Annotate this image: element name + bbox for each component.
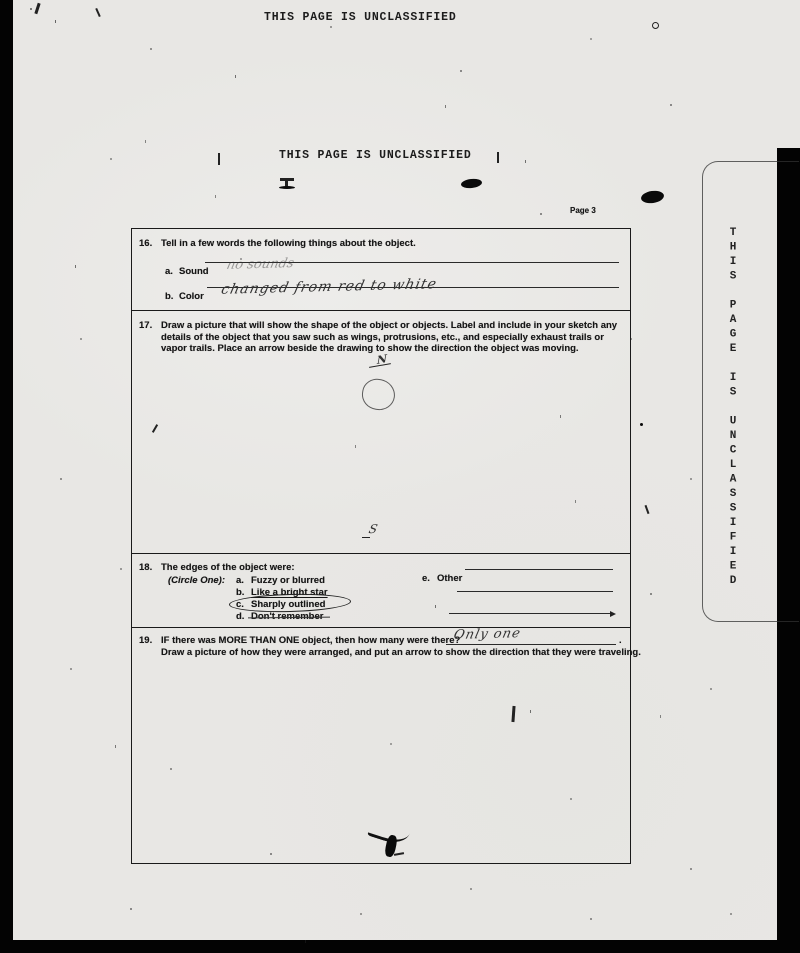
q18-text: The edges of the object were: xyxy=(161,562,295,573)
ink-mark xyxy=(279,186,295,189)
noise-specks xyxy=(30,8,32,10)
q18-option-e[interactable]: Other xyxy=(437,573,462,584)
q19-text-line1: IF there was MORE THAN ONE object, then … xyxy=(161,635,460,646)
sketch-south-label: S xyxy=(367,522,378,536)
ink-mark xyxy=(652,22,659,29)
q16-text: Tell in a few words the following things… xyxy=(161,238,416,249)
scan-edge-bottom xyxy=(0,940,800,953)
form-box: 16. Tell in a few words the following th… xyxy=(131,228,631,864)
ink-smudge xyxy=(640,189,664,204)
q18-option-b-label: b. xyxy=(236,587,244,598)
q18-option-a-label: a. xyxy=(236,575,244,586)
ink-smudge xyxy=(461,178,483,189)
sketch-north-underline xyxy=(369,363,391,368)
object-sketch-circle[interactable] xyxy=(360,377,397,412)
ink-mark xyxy=(511,706,515,722)
section-divider xyxy=(132,553,630,554)
q16b-name: Color xyxy=(179,291,204,302)
q19-answer-line[interactable] xyxy=(446,644,616,645)
q19-handwritten-answer: Only one xyxy=(452,626,522,643)
q19-period: . xyxy=(619,635,622,646)
ink-mark xyxy=(497,152,499,163)
q17-text: Draw a picture that will show the shape … xyxy=(161,320,623,355)
q18-option-d-label: d. xyxy=(236,611,244,622)
q16a-handwritten-answer: no sounds xyxy=(225,256,295,273)
side-classification-banner: THIS PAGE IS UNCLASSIFIED xyxy=(727,227,739,590)
q19-number: 19. xyxy=(139,635,152,646)
q17-number: 17. xyxy=(139,320,152,331)
q16a-label: a. xyxy=(165,266,173,277)
section-divider xyxy=(132,310,630,311)
q16-number: 16. xyxy=(139,238,152,249)
q18-option-e-label: e. xyxy=(422,573,430,584)
q18-option-a[interactable]: Fuzzy or blurred xyxy=(251,575,325,586)
line-end-arrow-mark xyxy=(610,611,616,617)
q18-circle-one-label: (Circle One): xyxy=(168,575,225,586)
q16a-name: Sound xyxy=(179,266,209,277)
top-classification-banner: THIS PAGE IS UNCLASSIFIED xyxy=(264,11,457,24)
ink-mark xyxy=(34,3,40,14)
noise-specks xyxy=(55,20,56,23)
q18-number: 18. xyxy=(139,562,152,573)
q16b-label: b. xyxy=(165,291,173,302)
ink-mark xyxy=(95,8,100,17)
q18-other-line-2[interactable] xyxy=(457,591,613,592)
ink-mark xyxy=(218,153,220,165)
ink-mark xyxy=(645,505,650,514)
scan-edge-left xyxy=(0,0,13,953)
q16b-handwritten-answer: changed from red to white xyxy=(220,276,439,298)
ink-mark xyxy=(394,852,404,856)
q18-other-line-3[interactable] xyxy=(449,613,613,614)
q18-other-line-1[interactable] xyxy=(465,569,613,570)
q19-text-line2: Draw a picture of how they were arranged… xyxy=(161,647,641,658)
ink-mark xyxy=(362,537,370,538)
side-strip-outline xyxy=(702,161,799,622)
scanned-document-page: THIS PAGE IS UNCLASSIFIED THIS PAGE IS U… xyxy=(0,0,800,953)
ink-mark xyxy=(640,423,643,426)
section-divider xyxy=(132,627,630,628)
mid-classification-banner: THIS PAGE IS UNCLASSIFIED xyxy=(279,149,472,162)
page-number: Page 3 xyxy=(570,206,596,215)
